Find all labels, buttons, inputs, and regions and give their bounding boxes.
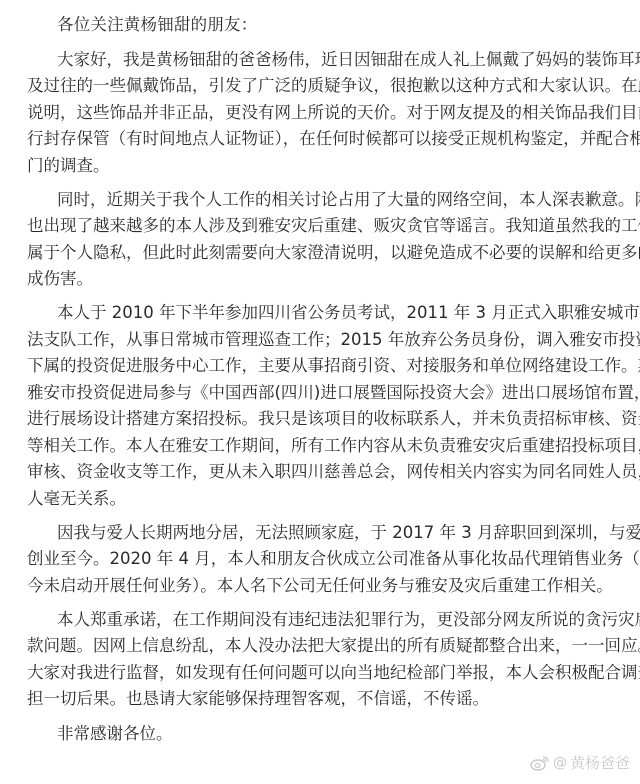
paragraph-line: 成伤害。	[27, 266, 613, 293]
paragraph-line: 大家好，我是黄杨钿甜的爸爸杨伟，近日因钿甜在成人礼上佩戴了妈妈的装饰耳环，以	[27, 47, 613, 74]
watermark-at-symbol: @	[553, 755, 567, 771]
paragraph-earrings-clarification: 大家好，我是黄杨钿甜的爸爸杨伟，近日因钿甜在成人礼上佩戴了妈妈的装饰耳环，以 及…	[27, 47, 613, 180]
paragraph-line: 今未启动开展任何业务）。本人名下公司无任何业务与雅安及灾后重建工作相关。	[27, 573, 613, 600]
weibo-icon	[530, 755, 550, 771]
paragraph-line: 同时，近期关于我个人工作的相关讨论占用了大量的网络空间，本人深表歉意。网络上	[27, 187, 613, 214]
paragraph-line: 法支队工作，从事日常城市管理巡查工作；2015 年放弃公务员身份，调入雅安市投资…	[27, 327, 613, 354]
paragraph-line: 人毫无关系。	[27, 486, 613, 513]
paragraph-line: 门的调查。	[27, 153, 613, 180]
letter-document: 各位关注黄杨钿甜的朋友： 大家好，我是黄杨钿甜的爸爸杨伟，近日因钿甜在成人礼上佩…	[27, 12, 613, 747]
paragraph-line: 属于个人隐私，但此时此刻需要向大家澄清说明，以避免造成不必要的误解和给更多的人造	[27, 240, 613, 267]
paragraph-line: 也出现了越来越多的本人涉及到雅安灾后重建、贩灾贪官等谣言。我知道虽然我的工作情况	[27, 213, 613, 240]
paragraph-line: 创业至今。2020 年 4 月，本人和朋友合伙成立公司准备从事化妆品代理销售业务…	[27, 546, 613, 573]
paragraph-line: 担一切后果。也恳请大家能够保持理智客观，不信谣，不传谣。	[27, 686, 613, 713]
paragraph-line: 雅安市投资促进局参与《中国西部(四川)进口展暨国际投资大会》进出口展场馆布置，需…	[27, 380, 613, 407]
paragraph-line: 下属的投资促进服务中心工作，主要从事招商引资、对接服务和单位网络建设工作。期间，	[27, 353, 613, 380]
paragraph-line: 说明，这些饰品并非正品，更没有网上所说的天价。对于网友提及的相关饰品我们目前已进	[27, 100, 613, 127]
paragraph-career-history: 本人于 2010 年下半年参加四川省公务员考试，2011 年 3 月正式入职雅安…	[27, 300, 613, 512]
paragraph-line: 大家对我进行监督，如发现有任何问题可以向当地纪检部门举报，本人会积极配合调查，承	[27, 660, 613, 687]
paragraph-line: 本人郑重承诺，在工作期间没有违纪违法犯罪行为，更没部分网友所说的贪污灾后重建	[27, 607, 613, 634]
paragraph-line: 行封存保管（有时间地点人证物证），在任何时候都可以接受正规机构鉴定，并配合相关部	[27, 126, 613, 153]
paragraph-business: 因我与爱人长期两地分居，无法照顾家庭，于 2017 年 3 月辞职回到深圳，与爱…	[27, 520, 613, 600]
paragraph-line: 本人于 2010 年下半年参加四川省公务员考试，2011 年 3 月正式入职雅安…	[27, 300, 613, 327]
letter-closing: 非常感谢各位。	[27, 721, 613, 748]
paragraph-work-rumors: 同时，近期关于我个人工作的相关讨论占用了大量的网络空间，本人深表歉意。网络上 也…	[27, 187, 613, 293]
letter-greeting: 各位关注黄杨钿甜的朋友：	[27, 12, 613, 39]
paragraph-line: 等相关工作。本人在雅安工作期间，所有工作内容从未负责雅安灾后重建招投标项目，招标	[27, 433, 613, 460]
paragraph-line: 审核、资金收支等工作，更从未入职四川慈善总会，网传相关内容实为同名同姓人员，与本	[27, 459, 613, 486]
paragraph-commitment: 本人郑重承诺，在工作期间没有违纪违法犯罪行为，更没部分网友所说的贪污灾后重建 款…	[27, 607, 613, 713]
paragraph-line: 因我与爱人长期两地分居，无法照顾家庭，于 2017 年 3 月辞职回到深圳，与爱…	[27, 520, 613, 547]
paragraph-line: 进行展场设计搭建方案招投标。我只是该项目的收标联系人，并未负责招标审核、资金收支	[27, 406, 613, 433]
paragraph-line: 及过往的一些佩戴饰品，引发了广泛的质疑争议，很抱歉以这种方式和大家认识。在此特别	[27, 73, 613, 100]
weibo-watermark: @ 黄杨爸爸	[530, 752, 630, 773]
watermark-handle: 黄杨爸爸	[570, 752, 630, 773]
paragraph-line: 款问题。因网上信息纷乱，本人没办法把大家提出的所有质疑都整合出来，一一回应。欢迎	[27, 633, 613, 660]
